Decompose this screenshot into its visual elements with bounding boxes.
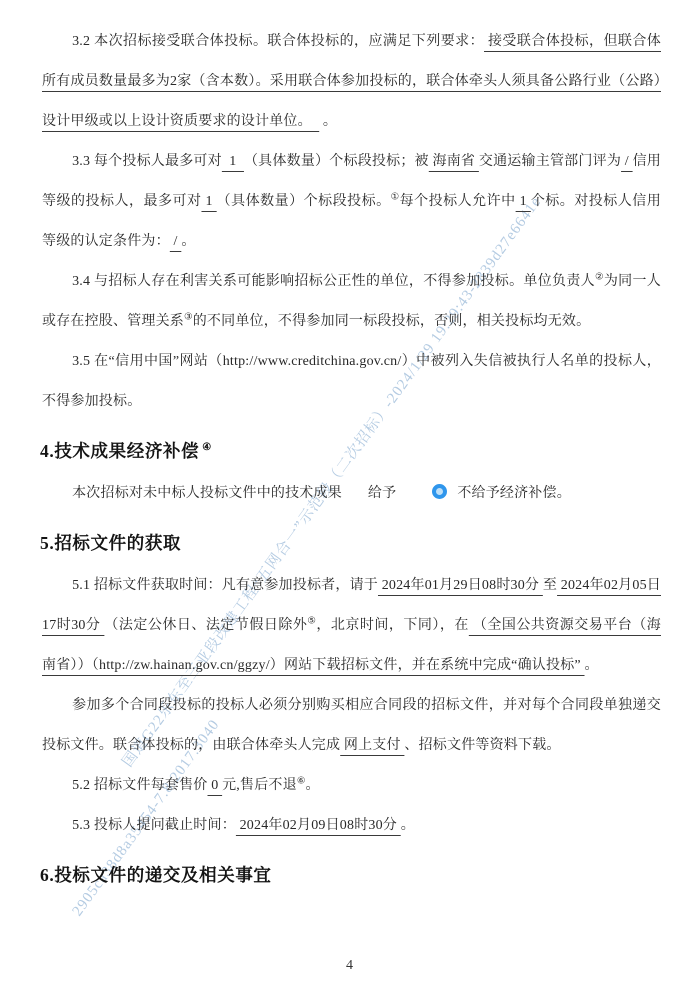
text-run: 5.3 投标人提问截止时间：	[72, 818, 236, 833]
section-5-3: 5.3 投标人提问截止时间： 2024年02月09日08时30分 。	[42, 806, 661, 846]
text-run: 交通运输主管部门评为	[479, 154, 621, 169]
text-run: 5.1 招标文件获取时间：凡有意参加投标者，请于	[72, 578, 378, 593]
section-3-4: 3.4 与招标人存在利害关系可能影响招标公正性的单位，不得参加投标。单位负责人②…	[42, 262, 661, 342]
text-run: 、招标文件等资料下载。	[404, 738, 560, 753]
text-run: （法定公休日、法定节假日除外	[104, 618, 307, 633]
footnote-marker: ③	[184, 312, 193, 322]
text-run: 不给予经济补偿。	[457, 486, 571, 501]
section-3-3: 3.3 每个投标人最多可对 1 （具体数量）个标段投标；被 海南省 交通运输主管…	[42, 142, 661, 262]
footnote-marker: ⑤	[307, 616, 316, 626]
heading-5: 5.招标文件的获取	[40, 522, 661, 564]
section-5-1: 5.1 招标文件获取时间：凡有意参加投标者，请于 2024年01月29日08时3…	[42, 566, 661, 686]
filled-blank: 0	[208, 778, 223, 793]
text-run: 3.2 本次招标接受联合体投标。联合体投标的，应满足下列要求：	[72, 34, 484, 49]
text-run: 。	[585, 658, 599, 673]
page-number: 4	[0, 958, 699, 974]
text-run: ，北京时间，下同），在	[316, 618, 468, 633]
section-5-1-continued: 参加多个合同段投标的投标人必须分别购买相应合同段的招标文件，并对每个合同段单独递…	[42, 686, 661, 766]
section-5-2: 5.2 招标文件每套售价 0 元,售后不退⑥。	[42, 766, 661, 806]
section-3-2: 3.2 本次招标接受联合体投标。联合体投标的，应满足下列要求： 接受联合体投标，…	[42, 22, 661, 142]
footnote-marker: ①	[391, 192, 400, 202]
document-page: 国道G22乐东至三亚段改建工程“五网合一”示范段（二次招标）-2024/1/29…	[0, 0, 699, 990]
filled-blank: 1	[516, 194, 531, 209]
text-run: 。	[181, 234, 195, 249]
text-run: 本次招标对未中标人投标文件中的技术成果	[72, 486, 342, 501]
filled-blank: 1	[222, 154, 244, 169]
document-body: 3.2 本次招标接受联合体投标。联合体投标的，应满足下列要求： 接受联合体投标，…	[42, 22, 661, 898]
section-4-body: 本次招标对未中标人投标文件中的技术成果给予不给予经济补偿。	[42, 474, 661, 514]
text-run: 。	[319, 114, 337, 129]
heading-4: 4.技术成果经济补偿 ④	[40, 430, 661, 472]
text-run: 。	[306, 778, 320, 793]
text-run: （具体数量）个标段投标；被	[244, 154, 429, 169]
footnote-marker: ②	[595, 272, 604, 282]
spacer	[396, 496, 432, 497]
text-run: 给予	[368, 486, 396, 501]
text-run: 4.技术成果经济补偿	[40, 441, 199, 461]
text-run: 每个投标人允许中	[400, 194, 516, 209]
radio-selected-icon[interactable]	[432, 484, 447, 499]
filled-blank: /	[621, 154, 633, 169]
text-run: 元,售后不退	[222, 778, 297, 793]
heading-6: 6.投标文件的递交及相关事宜	[40, 854, 661, 896]
text-run: 3.3 每个投标人最多可对	[72, 154, 222, 169]
filled-blank: 网上支付	[340, 738, 404, 753]
filled-blank: 海南省	[429, 154, 479, 169]
text-run: 的不同单位，不得参加同一标段投标，否则，相关投标均无效。	[193, 314, 591, 329]
text-run: 5.2 招标文件每套售价	[72, 778, 207, 793]
text-run: 。	[401, 818, 415, 833]
text-run: 5.招标文件的获取	[40, 533, 181, 553]
text-run: 3.5 在“信用中国”网站（http://www.creditchina.gov…	[42, 354, 661, 409]
filled-blank: /	[170, 234, 182, 249]
spacer	[447, 496, 457, 497]
filled-blank: 2024年01月29日08时30分	[378, 578, 543, 593]
text-run: 3.4 与招标人存在利害关系可能影响招标公正性的单位，不得参加投标。单位负责人	[72, 274, 595, 289]
filled-blank: 2024年02月09日08时30分	[236, 818, 401, 833]
section-3-5: 3.5 在“信用中国”网站（http://www.creditchina.gov…	[42, 342, 661, 422]
text-run: 至	[543, 578, 557, 593]
text-run: 6.投标文件的递交及相关事宜	[40, 865, 272, 885]
spacer	[342, 496, 368, 497]
text-run: （具体数量）个标段投标。	[217, 194, 391, 209]
footnote-marker: ⑥	[297, 776, 306, 786]
footnote-marker: ④	[199, 442, 212, 453]
filled-blank: 1	[201, 194, 216, 209]
